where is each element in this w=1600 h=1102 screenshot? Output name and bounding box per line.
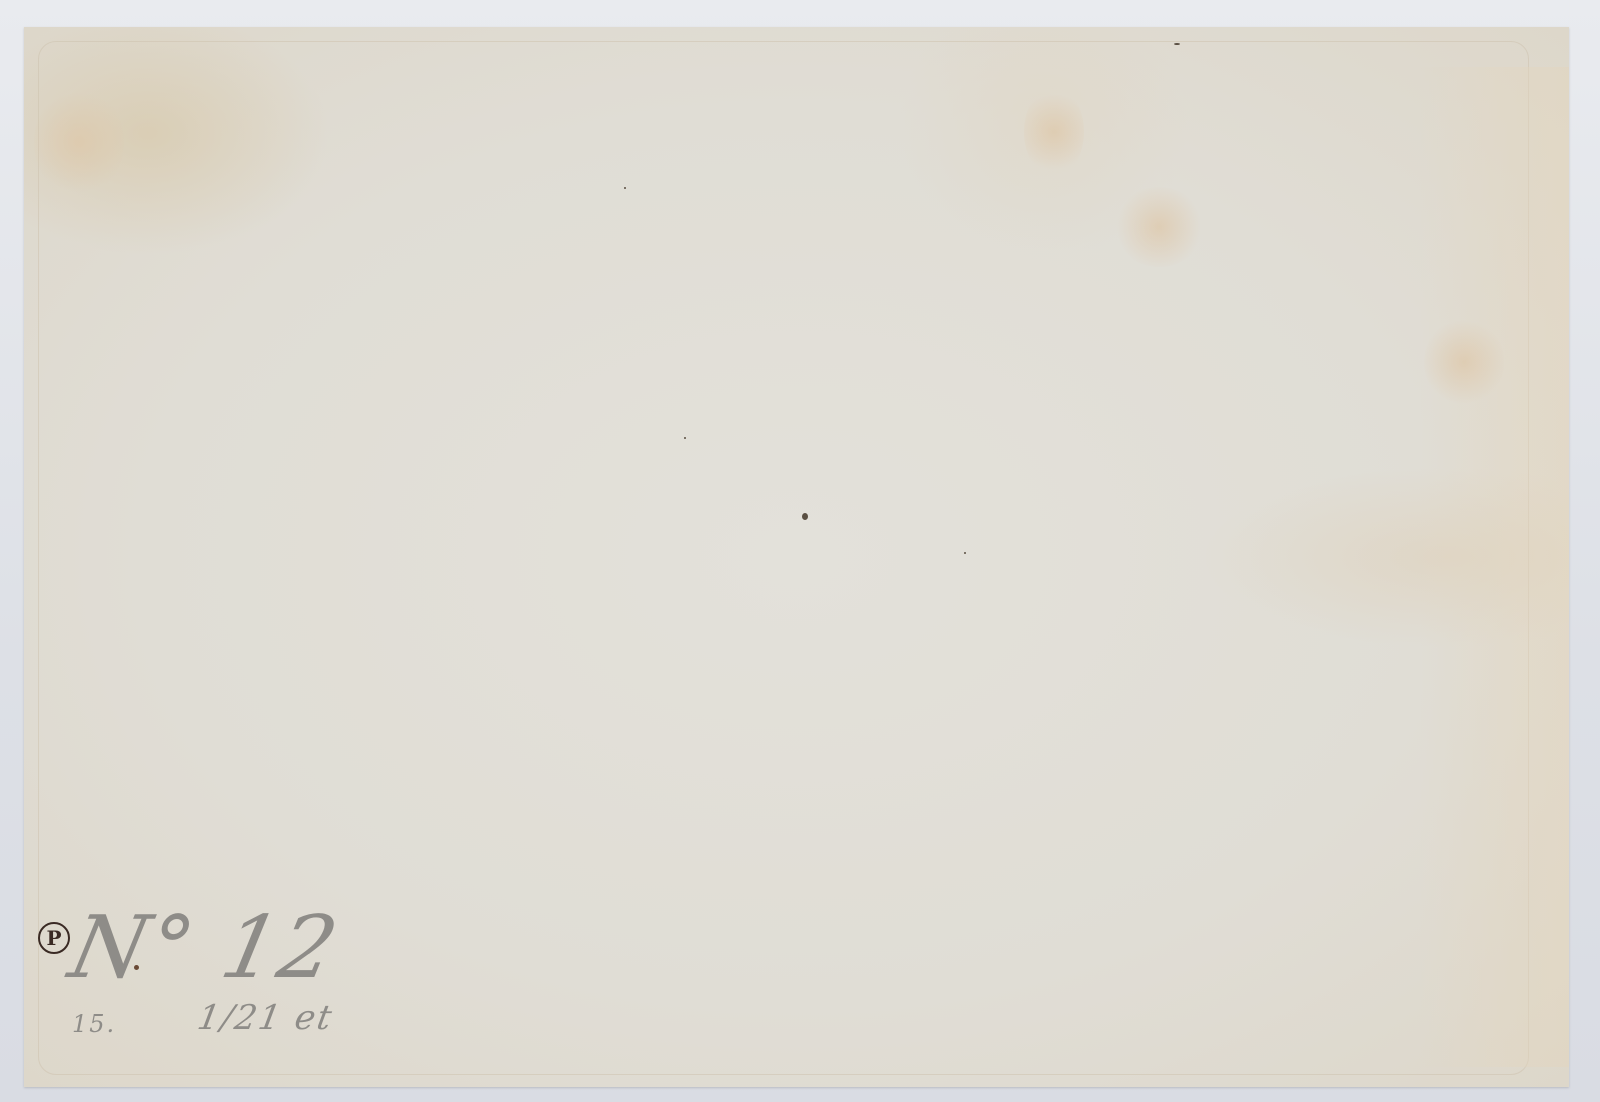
stamp-letter: P: [46, 928, 61, 948]
foxing-stain: [1114, 187, 1204, 267]
foxing-stain: [1424, 317, 1504, 407]
ink-speck: [802, 513, 808, 520]
pencil-inscription-sub-left: 15.: [72, 1010, 116, 1038]
ink-speck: [684, 437, 686, 439]
ink-speck: [964, 552, 966, 554]
foxing-stain: [34, 87, 124, 197]
ink-speck: [1174, 43, 1180, 45]
ink-speck: [624, 187, 626, 189]
collector-stamp: P: [38, 922, 70, 954]
discoloration-band: [1419, 67, 1569, 1067]
pencil-inscription-number: N° 12: [61, 898, 347, 998]
pencil-inscription-sub-right: 1/21 et: [194, 998, 336, 1038]
foxing-stain: [1024, 87, 1084, 177]
